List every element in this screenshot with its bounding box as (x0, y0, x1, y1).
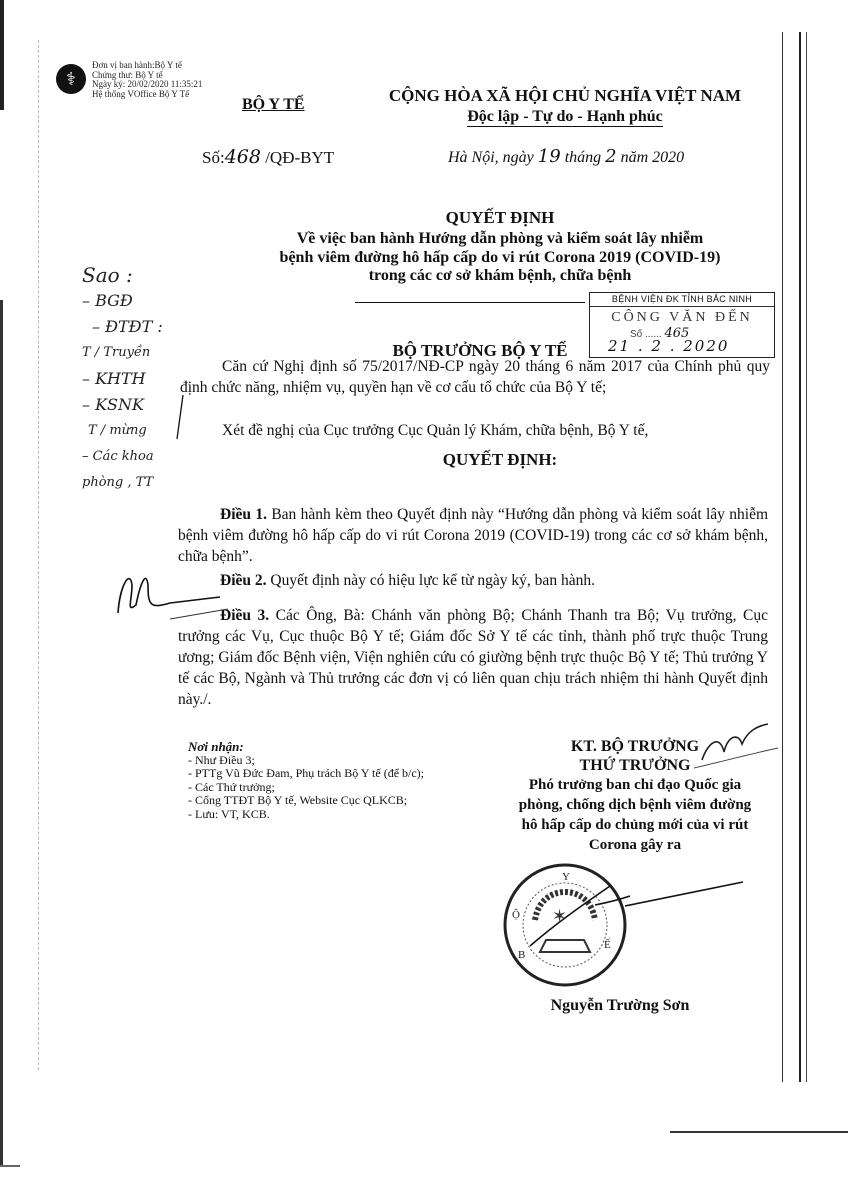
preamble-text: Xét đề nghị của Cục trưởng Cục Quản lý K… (222, 422, 648, 439)
recipient-item: - Lưu: VT, KCB. (188, 808, 424, 822)
scan-border-right (806, 32, 807, 1082)
scan-border-left-top (0, 0, 4, 110)
signature-role: phòng, chống dịch bệnh viêm đường (490, 795, 780, 815)
motto: Độc lập - Tự do - Hạnh phúc (370, 108, 760, 126)
title-underline (355, 302, 585, 303)
esign-info: Đơn vị ban hành:Bộ Y tế Chứng thư: Bộ Y … (92, 61, 202, 99)
document-subtitle: Về việc ban hành Hướng dẫn phòng và kiểm… (230, 230, 770, 286)
scan-border-left-foot (0, 1165, 20, 1167)
margin-note: – ĐTĐT : (82, 314, 163, 340)
ministry-name: BỘ Y TẾ (242, 96, 305, 114)
article-text: Ban hành kèm theo Quyết định này “Hướng … (178, 506, 768, 565)
preamble-proposal: Xét đề nghị của Cục trưởng Cục Quản lý K… (180, 420, 770, 441)
margin-note: – BGĐ (82, 288, 163, 314)
doc-number-handwritten: 468 (225, 146, 261, 168)
nation-name: CỘNG HÒA XÃ HỘI CHỦ NGHĨA VIỆT NAM (370, 86, 760, 106)
document-title: QUYẾT ĐỊNH (240, 208, 760, 228)
margin-note: – KSNK (82, 392, 163, 418)
margin-note: – KHTH (82, 366, 163, 392)
seal-letter: Ộ (512, 909, 520, 921)
preamble-text: Căn cứ Nghị định số 75/2017/NĐ-CP ngày 2… (180, 358, 770, 396)
margin-note: Sao : (82, 262, 163, 288)
subtitle-line: bệnh viêm đường hô hấp cấp do vi rút Cor… (230, 249, 770, 268)
initials-scribble-icon (690, 722, 780, 772)
seal-letter: Ế (604, 938, 611, 951)
doc-number-prefix: Số: (202, 148, 225, 167)
margin-note: – Các khoa (82, 444, 163, 470)
article-1: Điều 1. Ban hành kèm theo Quyết định này… (178, 504, 768, 567)
scan-dotted-line (38, 40, 40, 1070)
place-date: Hà Nội, ngày 19 tháng 2 năm 2020 (448, 146, 684, 167)
signature-stroke-icon (625, 880, 745, 910)
place-prefix: Hà Nội, ngày (448, 149, 538, 166)
article-2: Điều 2. Quyết định này có hiệu lực kể từ… (178, 570, 768, 591)
margin-bracket-icon (175, 395, 185, 440)
stamp-org: BỆNH VIỆN ĐK TỈNH BẮC NINH (590, 294, 774, 307)
article-3: Điều 3. Các Ông, Bà: Chánh văn phòng Bộ;… (178, 605, 768, 710)
motto-text: Độc lập - Tự do - Hạnh phúc (467, 108, 663, 127)
recipients-list: Nơi nhận: - Như Điều 3; - PTTg Vũ Đức Đa… (188, 740, 424, 822)
month-handwritten: 2 (605, 146, 616, 167)
preamble-legal-basis: Căn cứ Nghị định số 75/2017/NĐ-CP ngày 2… (180, 356, 770, 398)
recipient-item: - Như Điều 3; (188, 754, 424, 768)
official-seal-icon: ✶ Y Ộ B Ế (500, 860, 630, 990)
margin-note: phòng , TT (82, 470, 163, 496)
year-label: năm 2020 (617, 149, 685, 166)
doc-number-suffix: /QĐ-BYT (261, 148, 334, 167)
recipient-item: - PTTg Vũ Đức Đam, Phụ trách Bộ Y tế (để… (188, 767, 424, 781)
margin-note: T / Truyền (82, 340, 163, 366)
article-label: Điều 1. (220, 506, 267, 523)
document-number: Số:468 /QĐ-BYT (202, 146, 334, 168)
subtitle-line: Về việc ban hành Hướng dẫn phòng và kiểm… (230, 230, 770, 249)
scan-border-right (782, 32, 783, 1082)
signature-role: Phó trưởng ban chỉ đạo Quốc gia (490, 775, 780, 795)
article-text: Quyết định này có hiệu lực kể từ ngày ký… (267, 572, 595, 589)
recipients-heading: Nơi nhận: (188, 740, 424, 754)
signer-name: Nguyễn Trường Sơn (490, 997, 750, 1015)
seal-letter: B (518, 949, 525, 961)
stamp-label: CÔNG VĂN ĐẾN (590, 310, 774, 326)
esign-line: Hệ thống VOffice Bộ Y Tế (92, 90, 202, 100)
recipient-item: - Cổng TTĐT Bộ Y tế, Website Cục QLKCB; (188, 794, 424, 808)
signature-role: hô hấp cấp do chủng mới của vi rút (490, 815, 780, 835)
caduceus-icon: ⚕ (56, 64, 86, 94)
margin-note: T / mừng (82, 418, 163, 444)
recipient-item: - Các Thứ trưởng; (188, 781, 424, 795)
scan-border-bottom (670, 1131, 848, 1133)
handwritten-margin-notes: Sao : – BGĐ – ĐTĐT : T / Truyền – KHTH –… (82, 262, 163, 496)
scan-border-right (799, 32, 801, 1082)
subtitle-line: trong các cơ sở khám bệnh, chữa bệnh (230, 267, 770, 286)
signature-role: Corona gây ra (490, 835, 780, 855)
stamp-date-handwritten: 21 . 2 . 2020 (608, 337, 729, 355)
handwritten-initials-icon (110, 565, 230, 620)
seal-letter: Y (562, 871, 570, 883)
received-stamp: BỆNH VIỆN ĐK TỈNH BẮC NINH CÔNG VĂN ĐẾN … (589, 292, 775, 358)
day-handwritten: 19 (538, 146, 561, 167)
month-label: tháng (561, 149, 605, 166)
scan-border-left (0, 300, 3, 1165)
decision-heading: QUYẾT ĐỊNH: (240, 450, 760, 470)
